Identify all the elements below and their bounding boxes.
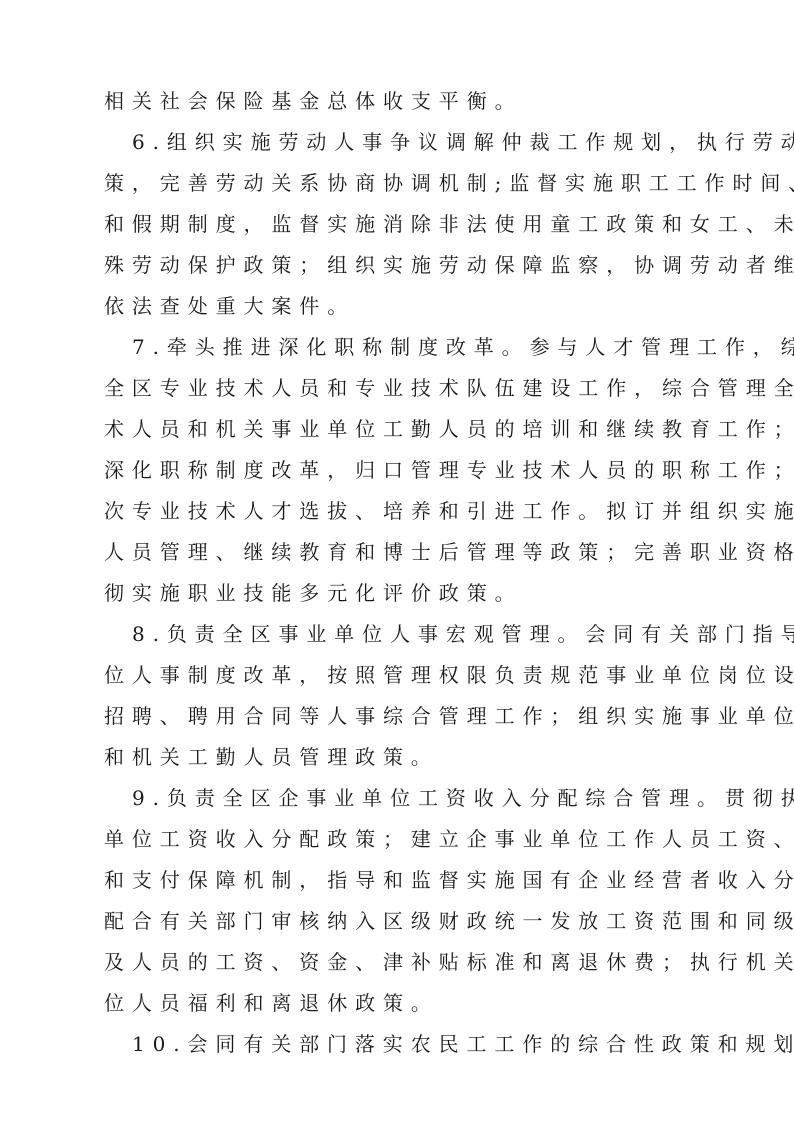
paragraph-6-line: 6.组织实施劳动人事争议调解仲裁工作规划，执行劳动关系政 [104,127,694,168]
text-line: 人员管理、继续教育和博士后管理等政策；完善职业资格制度，贯 [104,537,694,578]
text-line: 全区专业技术人员和专业技术队伍建设工作，综合管理全区专业技 [104,373,694,414]
text-line: 次专业技术人才选拔、培养和引进工作。拟订并组织实施专业技术 [104,496,694,537]
text-line: 招聘、聘用合同等人事综合管理工作；组织实施事业单位工作人员 [104,701,694,742]
paragraph-10-line: 10.会同有关部门落实农民工工作的综合性政策和规划，协调解 [104,1029,694,1070]
text-line: 策，完善劳动关系协商协调机制;监督实施职工工作时间、休息休假 [104,168,694,209]
text-line: 和机关工勤人员管理政策。 [104,742,694,783]
text-line: 配合有关部门审核纳入区级财政统一发放工资范围和同级事业单位 [104,906,694,947]
text-line: 彻实施职业技能多元化评价政策。 [104,578,694,619]
text-line: 和假期制度，监督实施消除非法使用童工政策和女工、未成年工特 [104,209,694,250]
text-line: 术人员和机关事业单位工勤人员的培训和继续教育工作；牵头推进 [104,414,694,455]
text-line: 单位工资收入分配政策；建立企事业单位工作人员工资、正常增长 [104,824,694,865]
text-line: 深化职称制度改革，归口管理专业技术人员的职称工作；负责高层 [104,455,694,496]
text-line: 位人事制度改革，按照管理权限负责规范事业单位岗位设置、公开 [104,660,694,701]
text-line: 及人员的工资、资金、津补贴标准和离退休费；执行机关企事业单 [104,947,694,988]
text-line: 依法查处重大案件。 [104,291,694,332]
paragraph-9-line: 9.负责全区企事业单位工资收入分配综合管理。贯彻执行事业 [104,783,694,824]
document-page: 相关社会保险基金总体收支平衡。 6.组织实施劳动人事争议调解仲裁工作规划，执行劳… [104,86,694,1070]
paragraph-7-line: 7.牵头推进深化职称制度改革。参与人才管理工作，综合管理 [104,332,694,373]
text-line: 位人员福利和离退休政策。 [104,988,694,1029]
text-line: 相关社会保险基金总体收支平衡。 [104,86,694,127]
text-line: 殊劳动保护政策；组织实施劳动保障监察，协调劳动者维权工作， [104,250,694,291]
paragraph-8-line: 8.负责全区事业单位人事宏观管理。会同有关部门指导事业单 [104,619,694,660]
text-line: 和支付保障机制，指导和监督实施国有企业经营者收入分配政策； [104,865,694,906]
